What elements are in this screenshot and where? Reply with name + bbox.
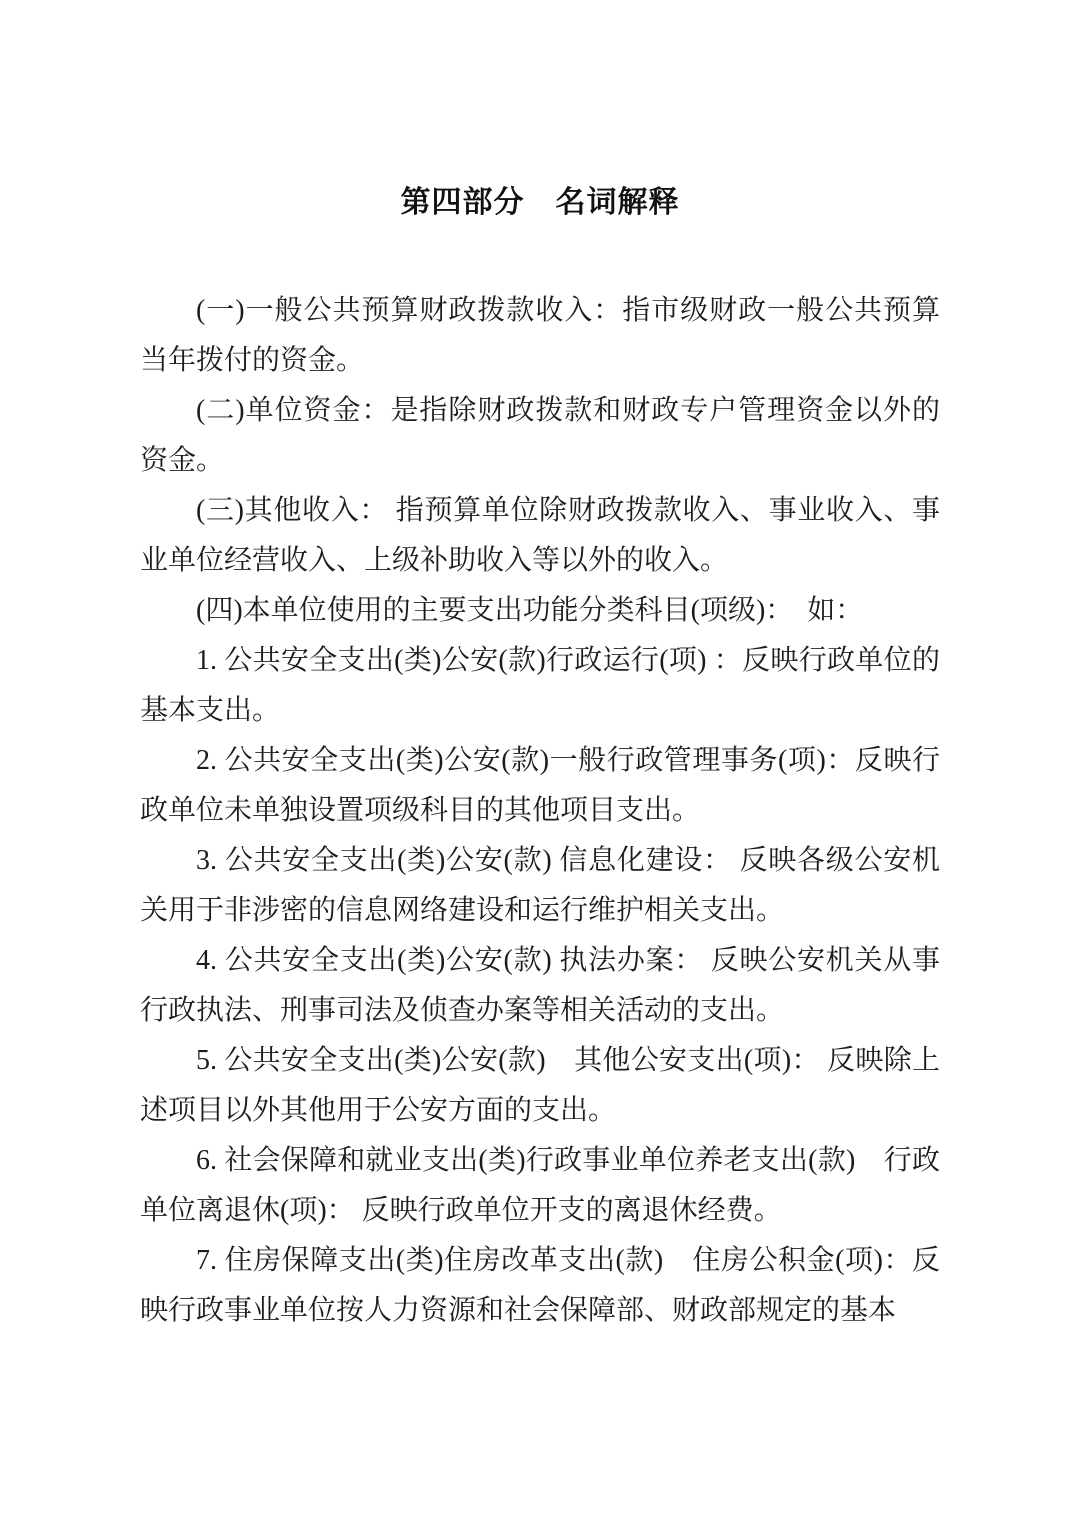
glossary-body: (一)一般公共预算财政拨款收入：指市级财政一般公共预算当年拨付的资金。 (二)单… <box>140 286 940 1336</box>
glossary-paragraph-3: (三)其他收入： 指预算单位除财政拨款收入、事业收入、事业单位经营收入、上级补助… <box>140 486 940 586</box>
page-content: 第四部分 名词解释 (一)一般公共预算财政拨款收入：指市级财政一般公共预算当年拨… <box>140 181 940 1336</box>
glossary-item-2: 2. 公共安全支出(类)公安(款)一般行政管理事务(项)：反映行政单位未单独设置… <box>140 736 940 836</box>
glossary-paragraph-4: (四)本单位使用的主要支出功能分类科目(项级)： 如： <box>140 586 940 636</box>
glossary-item-4: 4. 公共安全支出(类)公安(款) 执法办案： 反映公安机关从事行政执法、刑事司… <box>140 936 940 1036</box>
glossary-paragraph-1: (一)一般公共预算财政拨款收入：指市级财政一般公共预算当年拨付的资金。 <box>140 286 940 386</box>
glossary-item-5: 5. 公共安全支出(类)公安(款) 其他公安支出(项)： 反映除上述项目以外其他… <box>140 1036 940 1136</box>
glossary-item-1: 1. 公共安全支出(类)公安(款)行政运行(项) ：反映行政单位的基本支出。 <box>140 636 940 736</box>
document-page: 第四部分 名词解释 (一)一般公共预算财政拨款收入：指市级财政一般公共预算当年拨… <box>0 0 1074 1520</box>
glossary-paragraph-2: (二)单位资金：是指除财政拨款和财政专户管理资金以外的资金。 <box>140 386 940 486</box>
page-title: 第四部分 名词解释 <box>140 181 940 225</box>
glossary-item-3: 3. 公共安全支出(类)公安(款) 信息化建设： 反映各级公安机关用于非涉密的信… <box>140 836 940 936</box>
glossary-item-7: 7. 住房保障支出(类)住房改革支出(款) 住房公积金(项)：反映行政事业单位按… <box>140 1236 940 1336</box>
glossary-item-6: 6. 社会保障和就业支出(类)行政事业单位养老支出(款) 行政单位离退休(项)：… <box>140 1136 940 1236</box>
